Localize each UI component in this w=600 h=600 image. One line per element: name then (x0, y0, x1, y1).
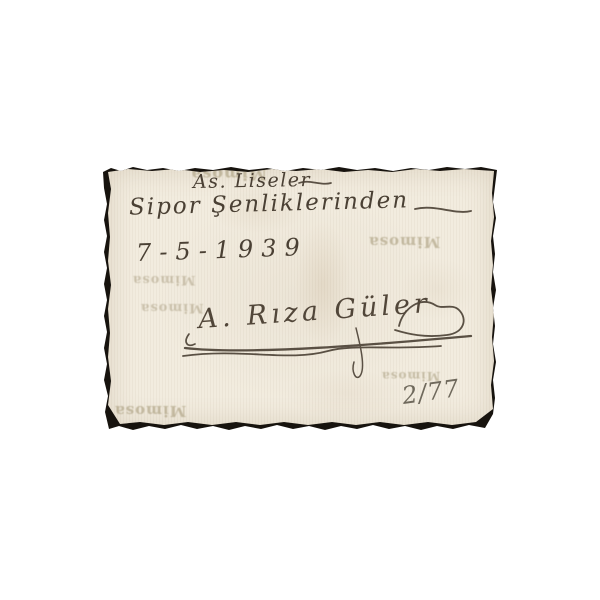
scan-background: Mimosa Mimosa Mimosa Mimosa Mimosa Mimos… (0, 0, 600, 600)
photo-back-card: Mimosa Mimosa Mimosa Mimosa Mimosa Mimos… (103, 166, 497, 431)
inscription-date: 7-5-1939 (136, 233, 309, 267)
ghost-backprint-4: Mimosa (140, 300, 204, 315)
ghost-backprint-2: Mimosa (368, 233, 440, 251)
ghost-backprint-6: Mimosa (114, 402, 186, 420)
ghost-backprint-3: Mimosa (132, 272, 196, 287)
